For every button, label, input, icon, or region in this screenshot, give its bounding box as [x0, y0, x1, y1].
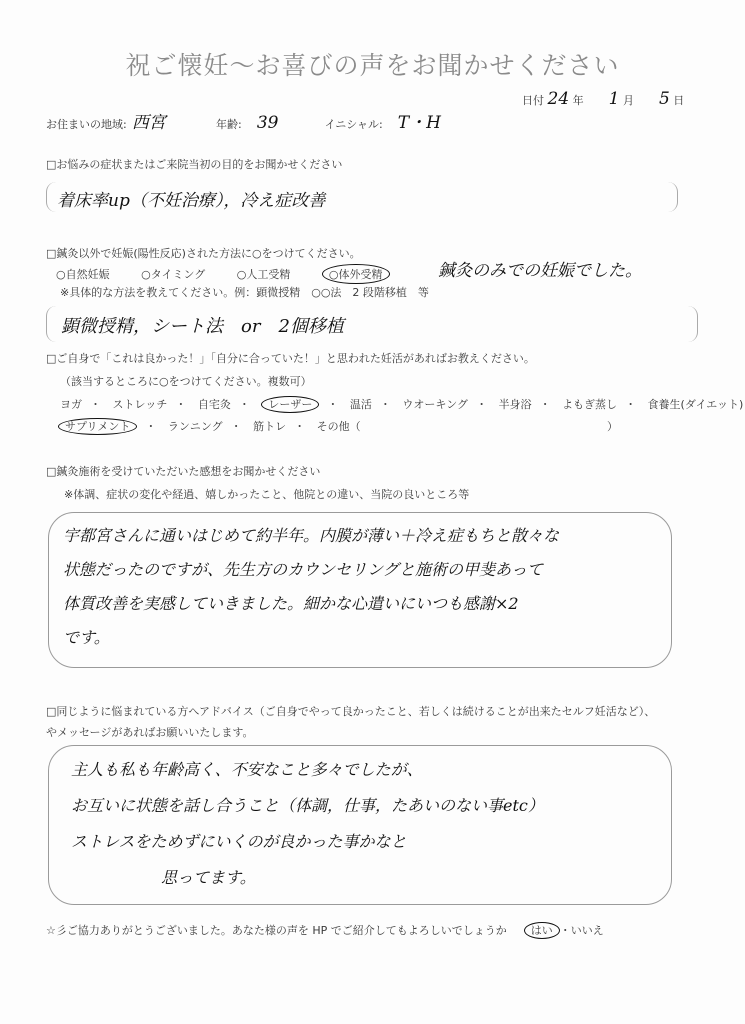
q2-question: □鍼灸以外で妊娠(陽性反応)された方法に○をつけてください。: [46, 245, 361, 261]
q3-option-diet[interactable]: 食養生(ダイエット): [648, 398, 744, 411]
q4-answer-box: 宇都宮さんに通いはじめて約半年。内膜が薄い＋冷え症もちと散々な 状態だったのです…: [48, 512, 672, 668]
q1-answer-box: 着床率up（不妊治療），冷え症改善: [46, 182, 678, 212]
q2-option-artificial[interactable]: ○人工受精: [237, 266, 291, 282]
q1-answer: 着床率up（不妊治療），冷え症改善: [47, 182, 677, 215]
q4-answer: 宇都宮さんに通いはじめて約半年。内膜が薄い＋冷え症もちと散々な 状態だったのです…: [49, 513, 671, 655]
q4-answer-line: です。: [63, 621, 671, 655]
q2-example: ※具体的な方法を教えてください。例：顕微授精 ○○法 2 段階移植 等: [60, 284, 429, 300]
q5-answer-line: お互いに状態を話し合うこと（体調，仕事，たあいのない事etc）: [71, 788, 671, 824]
q5-answer-line: 主人も私も年齢高く、不安なこと多々でしたが、: [71, 752, 671, 788]
q4-answer-line: 宇都宮さんに通いはじめて約半年。内膜が薄い＋冷え症もちと散々な: [63, 519, 671, 553]
q3-option-other[interactable]: その他（: [317, 420, 361, 433]
age-label: 年齢:: [216, 118, 242, 131]
publication-consent: ☆彡ご協力ありがとうございました。あなた様の声を HP でご紹介してもよろしいで…: [46, 922, 604, 938]
q3-option-warming[interactable]: 温活: [350, 398, 372, 411]
q3-option-half-bath[interactable]: 半身浴: [499, 398, 532, 411]
q2-note: 鍼灸のみでの妊娠でした。: [438, 256, 642, 281]
date-month-unit: 月: [623, 94, 634, 107]
q2-option-ivf-selected[interactable]: ○体外受精: [322, 264, 390, 284]
q2-answer: 顕微授精，シート法 or 2個移植: [47, 306, 697, 344]
area-label: お住まいの地域:: [46, 118, 127, 131]
form-title: 祝ご懐妊～お喜びの声をお聞かせください: [0, 46, 745, 82]
q3-option-supplement-selected[interactable]: サプリメント: [58, 418, 137, 435]
q5-answer-box: 主人も私も年齢高く、不安なこと多々でしたが、 お互いに状態を話し合うこと（体調，…: [48, 745, 672, 905]
q5-question: □同じように悩まれている方へアドバイス（ご自身でやって良かったこと、若しくは続け…: [46, 703, 655, 719]
date-field: 日付 24 年 1 月 5 日: [522, 89, 684, 109]
q3-option-laser-selected[interactable]: レーザー: [261, 396, 319, 413]
date-label: 日付: [522, 94, 544, 107]
consent-yes-selected[interactable]: はい: [524, 922, 560, 939]
q3-option-strength[interactable]: 筋トレ: [253, 420, 286, 433]
q5-answer: 主人も私も年齢高く、不安なこと多々でしたが、 お互いに状態を話し合うこと（体調，…: [49, 746, 671, 896]
q4-answer-line: 体質改善を実感していきました。細かな心遣いにいつも感謝×2: [63, 587, 671, 621]
q3-question: □ご自身で「これは良かった！」「自分に合っていた！」と思われた妊活があればお教え…: [46, 350, 535, 366]
q5-answer-line: 思ってます。: [71, 860, 671, 896]
date-month-value: 1: [609, 89, 620, 109]
q1-question: □お悩みの症状またはご来院当初の目的をお聞かせください: [46, 156, 342, 172]
area-value: 西宮: [132, 113, 166, 133]
q3-options-row2: サプリメント・ ランニング・ 筋トレ・ その他（ ）: [58, 418, 618, 434]
consent-text: ☆彡ご協力ありがとうございました。あなた様の声を HP でご紹介してもよろしいで…: [46, 924, 507, 937]
date-day-value: 5: [659, 89, 670, 109]
consent-no[interactable]: いいえ: [571, 924, 604, 937]
q3-other-close: ）: [607, 418, 618, 434]
q2-answer-box: 顕微授精，シート法 or 2個移植: [46, 306, 698, 342]
q3-option-stretch[interactable]: ストレッチ: [113, 398, 168, 411]
q5-answer-line: ストレスをためずにいくのが良かった事かなと: [71, 824, 671, 860]
q3-option-home-moxa[interactable]: 自宅灸: [198, 398, 231, 411]
respondent-info: お住まいの地域: 西宮 年齢: 39 イニシャル: T・H: [46, 108, 441, 133]
q4-answer-line: 状態だったのですが、先生方のカウンセリングと施術の甲斐あって: [63, 553, 671, 587]
date-day-unit: 日: [673, 94, 684, 107]
q3-option-yoga[interactable]: ヨガ: [60, 398, 82, 411]
age-value: 39: [257, 113, 279, 133]
q2-options: ○自然妊娠 ○タイミング ○人工受精 ○体外受精: [56, 264, 418, 284]
q3-option-running[interactable]: ランニング: [168, 420, 223, 433]
q4-hint: ※体調、症状の変化や経過、嬉しかったこと、他院との違い、当院の良いところ等: [64, 486, 469, 502]
q3-option-walking[interactable]: ウオーキング: [402, 398, 468, 411]
date-year-value: 24: [548, 89, 570, 109]
initial-label: イニシャル:: [325, 118, 383, 131]
q5-question-cont: やメッセージがあればお願いいたします。: [46, 724, 253, 740]
q3-hint: （該当するところに○をつけてください。複数可）: [60, 373, 312, 389]
q4-question: □鍼灸施術を受けていただいた感想をお聞かせください: [46, 463, 320, 479]
q2-option-timing[interactable]: ○タイミング: [141, 266, 205, 282]
q3-options-row1: ヨガ・ ストレッチ・ 自宅灸・ レーザー・ 温活・ ウオーキング・ 半身浴・ よ…: [60, 396, 743, 412]
initial-value: T・H: [398, 113, 441, 133]
q3-option-yomogi[interactable]: よもぎ蒸し: [562, 398, 617, 411]
q2-option-natural[interactable]: ○自然妊娠: [56, 266, 110, 282]
date-year-unit: 年: [573, 94, 584, 107]
